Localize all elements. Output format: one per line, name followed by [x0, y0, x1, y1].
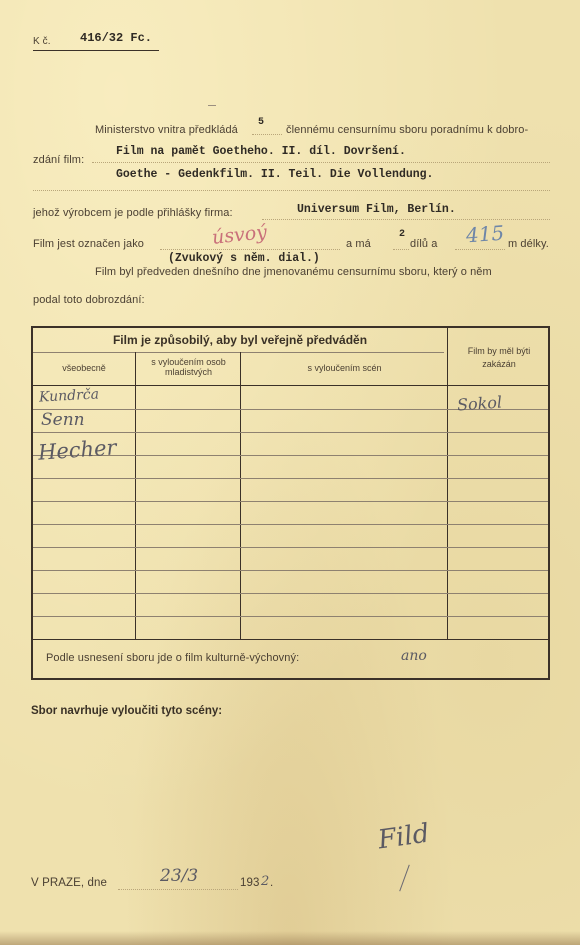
header-bottom-border	[33, 385, 548, 386]
title-line-2	[33, 190, 550, 191]
table-main-header: Film je způsobilý, aby byl veřejně předv…	[33, 333, 447, 347]
ref-number: 416/32 Fc.	[80, 31, 152, 45]
row-line	[33, 478, 548, 479]
cultural-value: ano	[401, 648, 427, 664]
parts-line	[393, 249, 409, 250]
col-divider-1	[135, 352, 136, 639]
date-line	[118, 889, 238, 890]
place-label: V PRAZE, dne	[31, 877, 107, 889]
parts-label: a má	[346, 238, 371, 250]
col-header-banned: Film by měl býti zakázán	[453, 345, 545, 371]
scenes-label: Sbor navrhuje vyloučiti tyto scény:	[31, 705, 222, 717]
col-header-general: všeobecně	[33, 363, 135, 373]
row-line	[33, 616, 548, 617]
intro-line1-prefix: Ministerstvo vnitra předkládá	[95, 124, 238, 136]
screening-line1: Film byl předveden dnešního dne jmenovan…	[95, 266, 492, 278]
title-line-1	[92, 162, 550, 163]
col-divider-2	[240, 352, 241, 639]
members-count: 5	[258, 117, 264, 128]
cultural-row-border	[33, 639, 548, 640]
cultural-label: Podle usnesení sboru jde o film kulturně…	[46, 652, 299, 664]
members-blank	[252, 134, 282, 135]
mark-dash	[208, 105, 216, 106]
marked-line	[160, 249, 340, 250]
year-digit: 2	[261, 874, 269, 889]
signature-general-2: Senn	[41, 410, 85, 430]
producer-line	[262, 219, 550, 220]
intro-line1-suffix: člennému censurnímu sboru poradnímu k do…	[286, 124, 528, 136]
parts-suffix: dílů a	[410, 238, 438, 250]
header-divider	[33, 352, 444, 353]
paper-edge	[0, 931, 580, 945]
row-line	[33, 547, 548, 548]
parts-value: 2	[399, 229, 405, 240]
date-handwritten: 23/3	[160, 866, 198, 886]
film-title-cz: Film na pamět Goetheho. II. díl. Dovršen…	[116, 145, 406, 158]
row-line	[33, 432, 548, 433]
col-header-excl-youth: s vyloučením osob mladistvých	[137, 357, 240, 377]
length-suffix: m délky.	[508, 238, 549, 250]
row-line	[33, 593, 548, 594]
ref-underline	[33, 50, 159, 51]
length-line	[455, 249, 505, 250]
marked-handwritten: úsvoý	[211, 221, 268, 249]
row-line	[33, 501, 548, 502]
year-suffix: .	[270, 877, 273, 889]
ref-label: K č.	[33, 36, 51, 47]
year-prefix: 193	[240, 877, 260, 889]
row-line	[33, 524, 548, 525]
marked-typed: (Zvukový s něm. dial.)	[168, 252, 320, 265]
marked-label: Film jest označen jako	[33, 238, 144, 250]
signature-general-1: Kundrča	[39, 386, 100, 405]
signature-stroke	[399, 865, 410, 892]
row-line	[33, 570, 548, 571]
film-title-de: Goethe - Gedenkfilm. II. Teil. Die Volle…	[116, 168, 433, 181]
signature-general-3: Hecher	[37, 435, 117, 464]
intro-line2-prefix: zdání film:	[33, 154, 84, 166]
official-signature: Fild	[376, 819, 431, 856]
signature-banned-1: Sokol	[456, 392, 502, 414]
col-header-excl-scenes: s vyloučením scén	[242, 363, 447, 373]
producer-value: Universum Film, Berlín.	[297, 203, 456, 216]
length-value: 415	[465, 221, 505, 248]
screening-line2: podal toto dobrozdání:	[33, 294, 145, 306]
producer-label: jehož výrobcem je podle přihlášky firma:	[33, 207, 233, 219]
assessment-table: Film je způsobilý, aby byl veřejně předv…	[31, 326, 550, 680]
